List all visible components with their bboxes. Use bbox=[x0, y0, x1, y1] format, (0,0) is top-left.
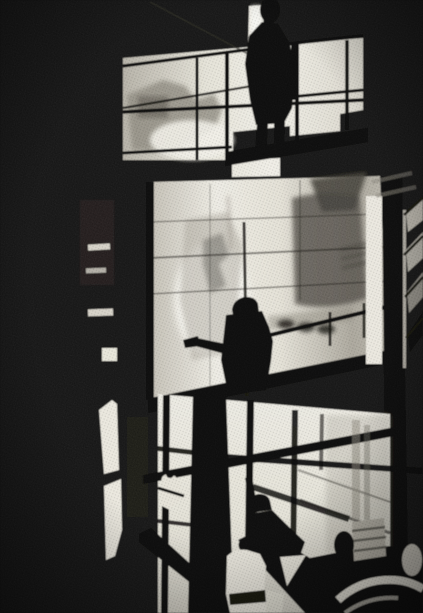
photograph: Grainy black-and-white photograph of a f… bbox=[0, 0, 423, 613]
photo-canvas: Grainy black-and-white photograph of a f… bbox=[0, 0, 423, 613]
vignette-overlay bbox=[0, 0, 423, 613]
